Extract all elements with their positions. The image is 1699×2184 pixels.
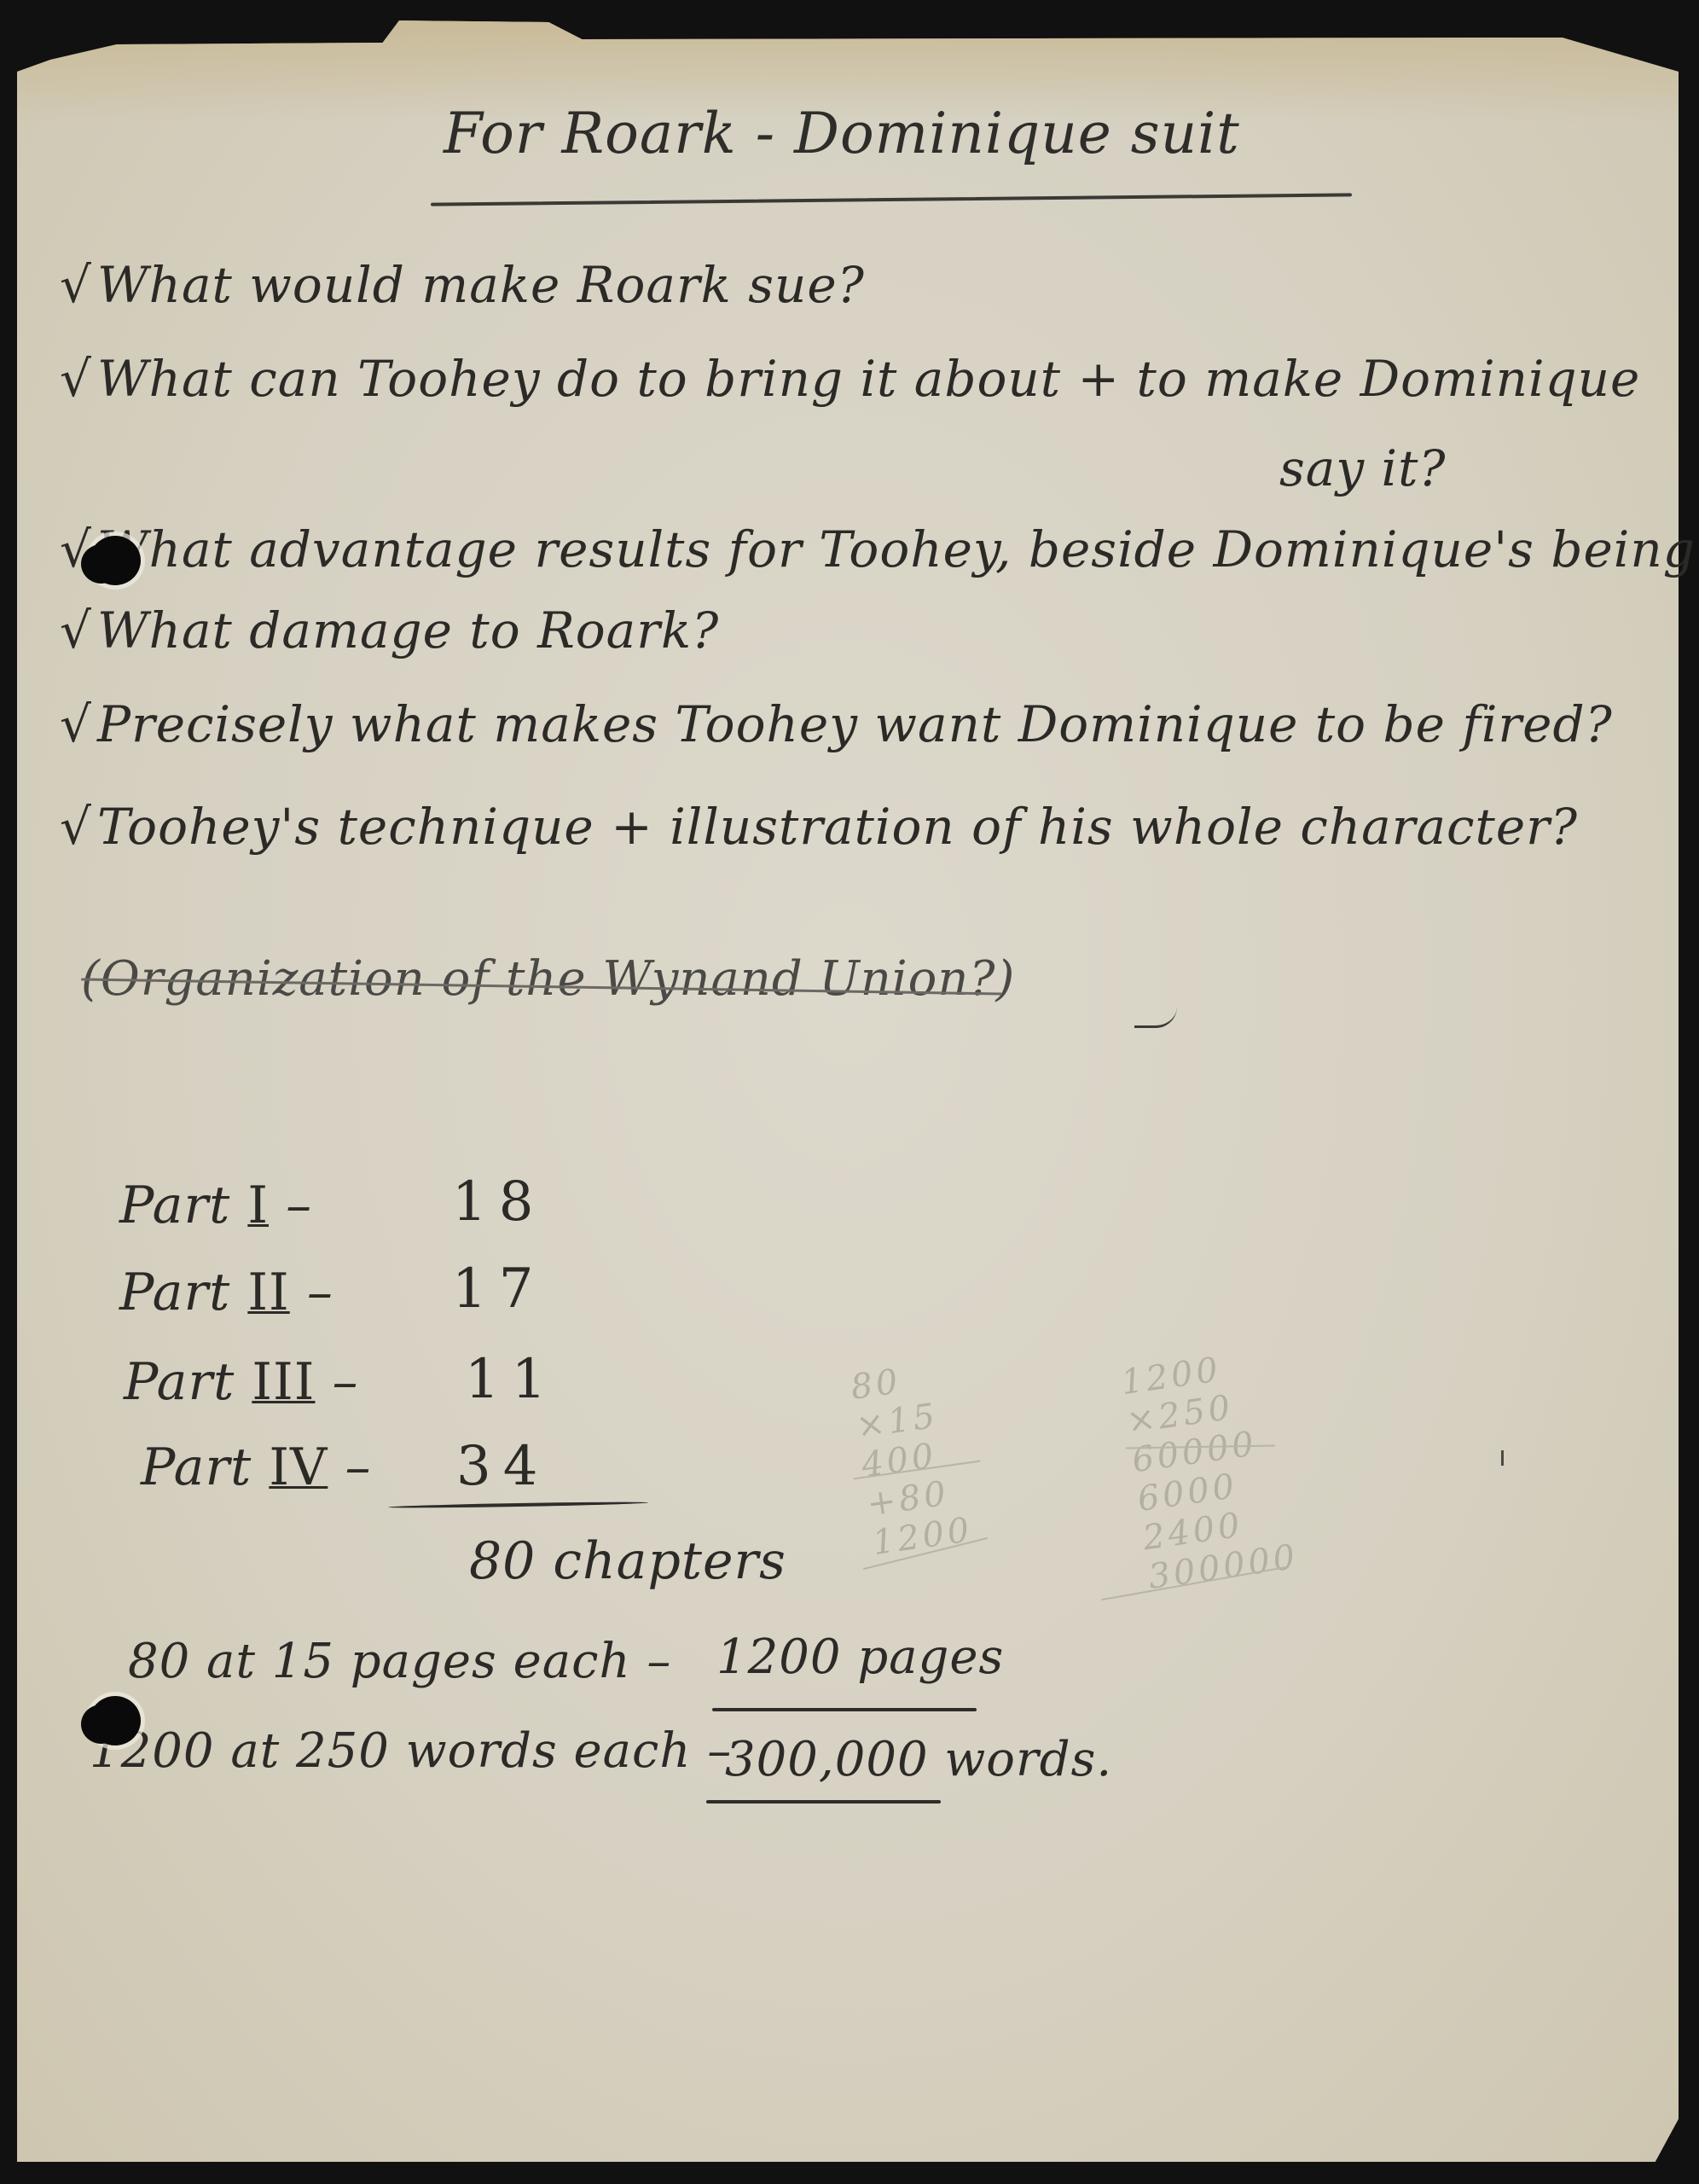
part-chapter-count: 18 [452,1170,545,1234]
part-label: Part [119,1176,230,1235]
calc-words-text: 1200 at 250 words each – [90,1723,732,1779]
check-mark-icon: √ [60,520,92,578]
question-continuation: say it? [1279,439,1447,497]
part-chapter-count: 11 [465,1348,558,1411]
part-numeral: I [247,1176,269,1235]
stray-pencil-mark [1501,1450,1504,1466]
part-row: Part I – [119,1176,312,1235]
question-item: √Precisely what makes Toohey want Domini… [60,695,1613,753]
faint-pencil-calc-right: 1200 ×250 60000 6000 2400 300000 [1119,1343,1301,1597]
check-mark-icon: √ [60,256,92,314]
pages-result-underline [712,1708,977,1711]
question-text: What would make Roark sue? [97,256,865,314]
part-numeral: III [252,1352,315,1412]
question-text: What can Toohey do to bring it about + t… [97,350,1640,408]
part-chapter-count: 34 [456,1435,549,1498]
part-numeral: IV [269,1438,328,1497]
part-dash: – [333,1352,359,1412]
hole-punch [90,536,141,585]
question-text: What damage to Roark? [97,601,719,659]
part-chapter-count: 17 [452,1258,545,1321]
calc-pages-text: 80 at 15 pages each – [128,1634,671,1689]
calc-pages-result: 1200 pages [716,1629,1004,1685]
part-row: Part IV – [141,1438,371,1497]
part-dash: – [286,1176,312,1235]
check-mark-icon: √ [60,695,92,753]
hole-punch [90,1696,141,1745]
check-mark-icon: √ [60,601,92,659]
part-row: Part II – [119,1263,333,1322]
total-chapters: 80 chapters [469,1531,786,1591]
part-numeral: II [247,1263,289,1322]
part-dash: – [307,1263,333,1322]
struck-out-note: (Organization of the Wynand Union?) [81,951,1015,1007]
check-mark-icon: √ [60,350,92,408]
part-label: Part [141,1438,252,1497]
check-mark-icon: √ [60,798,92,856]
question-text: Precisely what makes Toohey want Dominiq… [97,695,1613,753]
question-item: √What advantage results for Toohey, besi… [60,520,1699,578]
question-item: √What can Toohey do to bring it about + … [60,350,1640,408]
part-label: Part [119,1263,230,1322]
calc-words-result: 300,000 words. [725,1732,1112,1787]
question-item: √What damage to Roark? [60,601,719,659]
question-item: √What would make Roark sue? [60,256,865,314]
manuscript-page [17,20,1679,2162]
question-item: √Toohey's technique + illustration of hi… [60,798,1578,856]
page-title: For Roark - Dominique suit [444,101,1240,166]
words-result-underline [706,1800,941,1804]
part-dash: – [345,1438,371,1497]
part-row: Part III – [124,1352,359,1412]
part-label: Part [124,1352,235,1412]
question-text: What advantage results for Toohey, besid… [97,520,1699,578]
question-text: Toohey's technique + illustration of his… [97,798,1578,856]
